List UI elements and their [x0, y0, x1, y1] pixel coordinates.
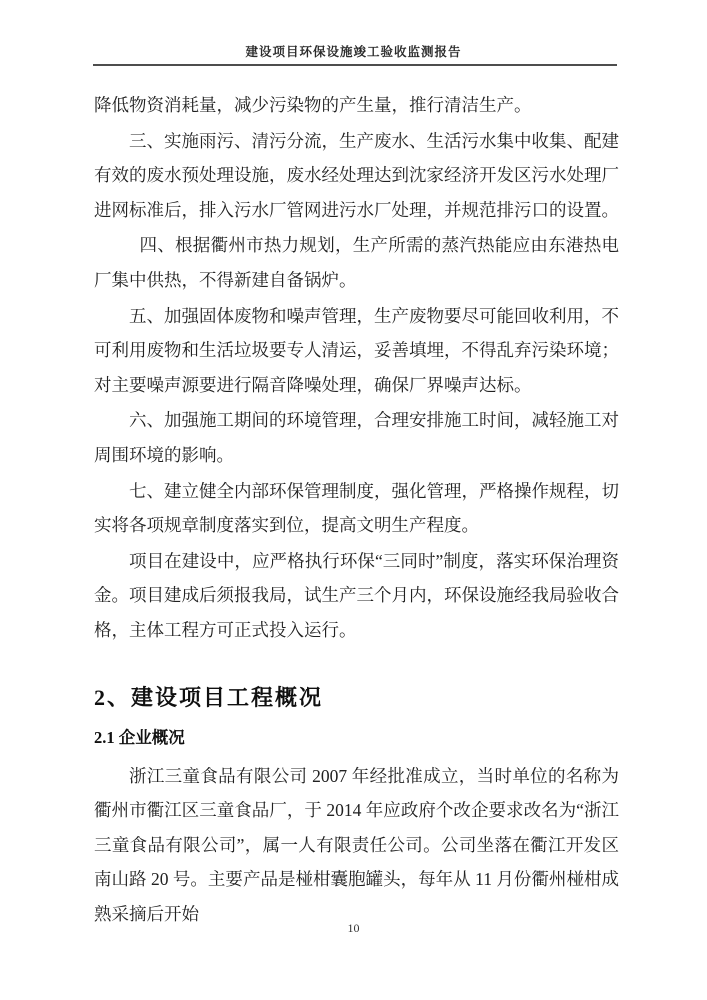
- document-body: 降低物资消耗量，减少污染物的产生量，推行清洁生产。 三、实施雨污、清污分流，生产…: [94, 88, 619, 931]
- paragraph-item-7: 七、建立健全内部环保管理制度，强化管理，严格操作规程，切实将各项规章制度落实到位…: [94, 474, 619, 543]
- running-header-title: 建设项目环保设施竣工验收监测报告: [0, 0, 707, 60]
- paragraph-three-simultaneous: 项目在建设中，应严格执行环保“三同时”制度，落实环保治理资金。项目建成后须报我局…: [94, 544, 619, 648]
- document-page: 建设项目环保设施竣工验收监测报告 降低物资消耗量，减少污染物的产生量，推行清洁生…: [0, 0, 707, 1000]
- subsection-heading-company-overview: 2.1 企业概况: [94, 726, 619, 750]
- paragraph-item-3: 三、实施雨污、清污分流，生产废水、生活污水集中收集、配建有效的废水预处理设施，废…: [94, 124, 619, 228]
- page-number: 10: [0, 921, 707, 936]
- paragraph-company-overview: 浙江三童食品有限公司 2007 年经批准成立，当时单位的名称为衢州市衢江区三童食…: [94, 759, 619, 932]
- paragraph-item-4: 四、根据衢州市热力规划，生产所需的蒸汽热能应由东港热电厂集中供热，不得新建自备锅…: [94, 228, 619, 297]
- paragraph-item-5: 五、加强固体废物和噪声管理，生产废物要尽可能回收利用，不可利用废物和生活垃圾要专…: [94, 299, 619, 403]
- paragraph-continuation: 降低物资消耗量，减少污染物的产生量，推行清洁生产。: [94, 88, 619, 123]
- section-heading-project-overview: 2、建设项目工程概况: [94, 683, 619, 713]
- header-rule: [93, 64, 617, 66]
- paragraph-item-6: 六、加强施工期间的环境管理，合理安排施工时间，减轻施工对周围环境的影响。: [94, 403, 619, 472]
